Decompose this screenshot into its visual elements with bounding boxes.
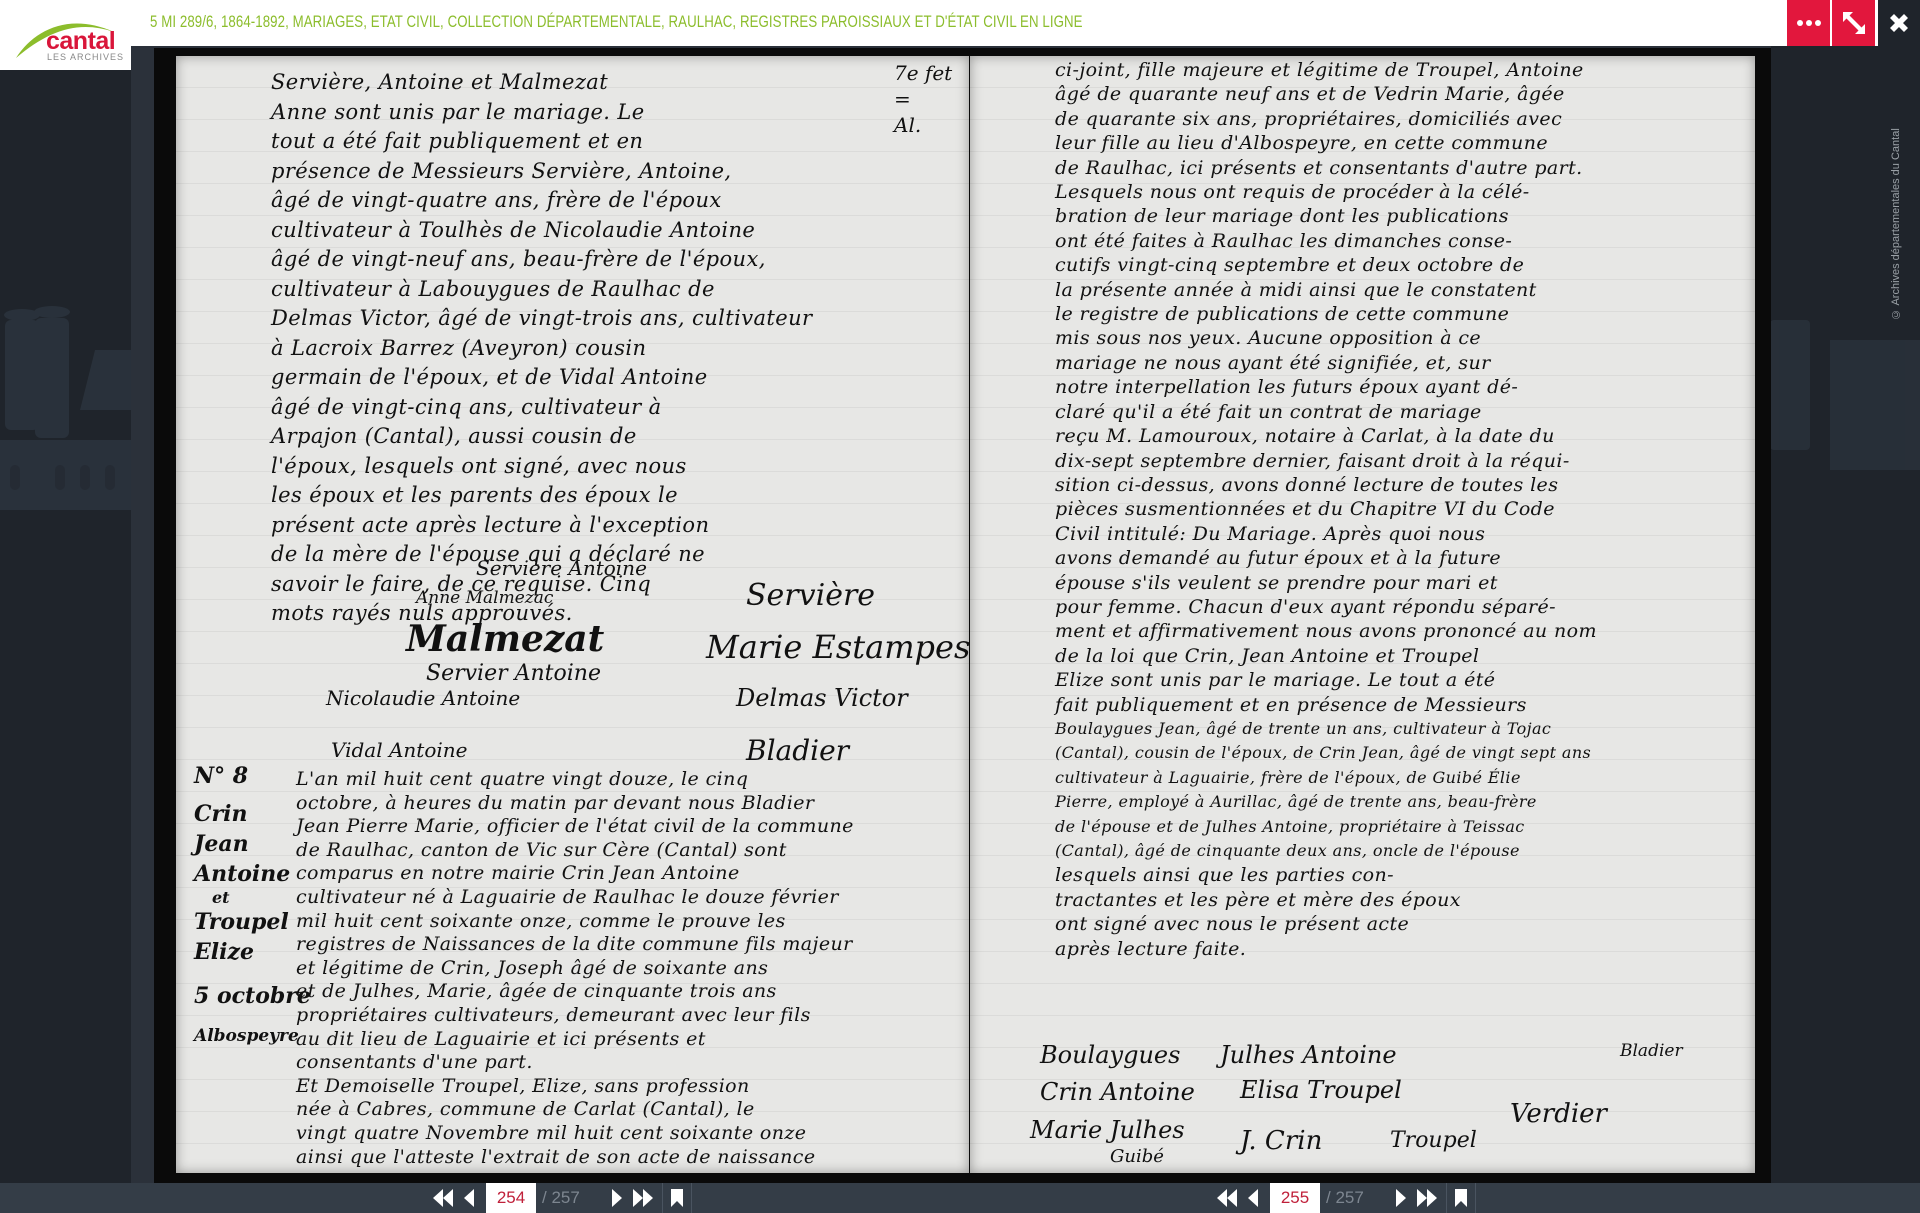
page-total: / 257: [542, 1188, 604, 1208]
signature: Nicolaudie Antoine: [326, 686, 520, 710]
copyright-notice: © Archives départementales du Cantal: [1890, 80, 1902, 320]
divider: [662, 1183, 663, 1213]
background-illustration-right: [1770, 300, 1920, 560]
first-page-icon: [432, 1189, 454, 1207]
fullscreen-button[interactable]: [1832, 0, 1875, 46]
logo-subtitle: LES ARCHIVES: [47, 52, 124, 62]
next-page-icon: [611, 1189, 623, 1207]
signature: Bladier: [1620, 1041, 1683, 1061]
signature: Marie Estampes: [706, 628, 969, 666]
signature: Boulaygues: [1040, 1041, 1180, 1069]
signature: Verdier: [1510, 1099, 1607, 1129]
last-page-button[interactable]: [630, 1183, 656, 1213]
signature: Servière: [746, 578, 875, 613]
right-page-navigator: / 257: [1214, 1183, 1482, 1213]
signature: Anne Malmezac: [416, 588, 553, 608]
signature: Delmas Victor: [736, 684, 908, 712]
scanned-register-image[interactable]: 7e fet = Al. Servière, Antoine et Malmez…: [154, 48, 1771, 1183]
first-page-icon: [1216, 1189, 1238, 1207]
signature: Elisa Troupel: [1240, 1076, 1402, 1104]
divider: [691, 1183, 692, 1213]
top-header: 5 MI 289/6, 1864-1892, MARIAGES, ETAT CI…: [0, 0, 1920, 46]
next-page-button[interactable]: [604, 1183, 630, 1213]
signature: Bladier: [746, 734, 849, 767]
signature: Marie Julhes: [1030, 1116, 1185, 1144]
cantal-archives-logo[interactable]: cantal LES ARCHIVES: [0, 0, 131, 70]
divider: [1446, 1183, 1447, 1213]
prev-page-icon: [463, 1189, 475, 1207]
close-button[interactable]: [1878, 0, 1920, 46]
signature: Vidal Antoine: [331, 738, 467, 762]
document-title: 5 MI 289/6, 1864-1892, MARIAGES, ETAT CI…: [150, 12, 1083, 32]
act-margin-entry: N° 8 Crin Jean Antoine et Troupel Elize …: [194, 761, 311, 1051]
prev-page-button[interactable]: [456, 1183, 482, 1213]
first-page-button[interactable]: [430, 1183, 456, 1213]
bookmark-icon: [671, 1189, 683, 1207]
last-page-button[interactable]: [1414, 1183, 1440, 1213]
signature: Troupel: [1390, 1128, 1477, 1153]
last-page-icon: [632, 1189, 654, 1207]
bookmark-button[interactable]: [669, 1183, 685, 1213]
act-text-continuation: Servière, Antoine et Malmezat Anne sont …: [271, 68, 812, 629]
page-255: ci-joint, fille majeure et légitime de T…: [970, 56, 1755, 1173]
next-page-icon: [1395, 1189, 1407, 1207]
bottom-navigation-bar: / 257 / 257: [0, 1183, 1920, 1213]
signature: Julhes Antoine: [1220, 1041, 1397, 1069]
signature: Guibé: [1110, 1146, 1164, 1167]
signature: Servier Antoine: [426, 661, 601, 686]
first-page-button[interactable]: [1214, 1183, 1240, 1213]
signature: Crin Antoine: [1040, 1078, 1195, 1106]
ellipsis-icon: [1797, 20, 1821, 26]
close-icon: [1887, 11, 1911, 35]
divider: [1475, 1183, 1476, 1213]
corner-annotation: 7e fet = Al.: [894, 60, 952, 138]
last-page-icon: [1416, 1189, 1438, 1207]
bookmark-button[interactable]: [1453, 1183, 1469, 1213]
expand-arrows-icon: [1841, 10, 1867, 36]
act-text-continuation-right: ci-joint, fille majeure et légitime de T…: [1055, 58, 1597, 961]
bookmark-icon: [1455, 1189, 1467, 1207]
page-number-input[interactable]: [1270, 1183, 1320, 1213]
page-254: 7e fet = Al. Servière, Antoine et Malmez…: [176, 56, 969, 1173]
page-total: / 257: [1326, 1188, 1388, 1208]
prev-page-icon: [1247, 1189, 1259, 1207]
signature: J. Crin: [1240, 1126, 1322, 1156]
signature: Malmezat: [406, 618, 604, 660]
prev-page-button[interactable]: [1240, 1183, 1266, 1213]
more-options-button[interactable]: [1787, 0, 1830, 46]
page-number-input[interactable]: [486, 1183, 536, 1213]
document-viewer[interactable]: 7e fet = Al. Servière, Antoine et Malmez…: [131, 46, 1771, 1183]
act-n8-text: L'an mil huit cent quatre vingt douze, l…: [296, 768, 854, 1169]
signature: Servière Antoine: [476, 556, 647, 580]
left-page-navigator: / 257: [430, 1183, 698, 1213]
next-page-button[interactable]: [1388, 1183, 1414, 1213]
